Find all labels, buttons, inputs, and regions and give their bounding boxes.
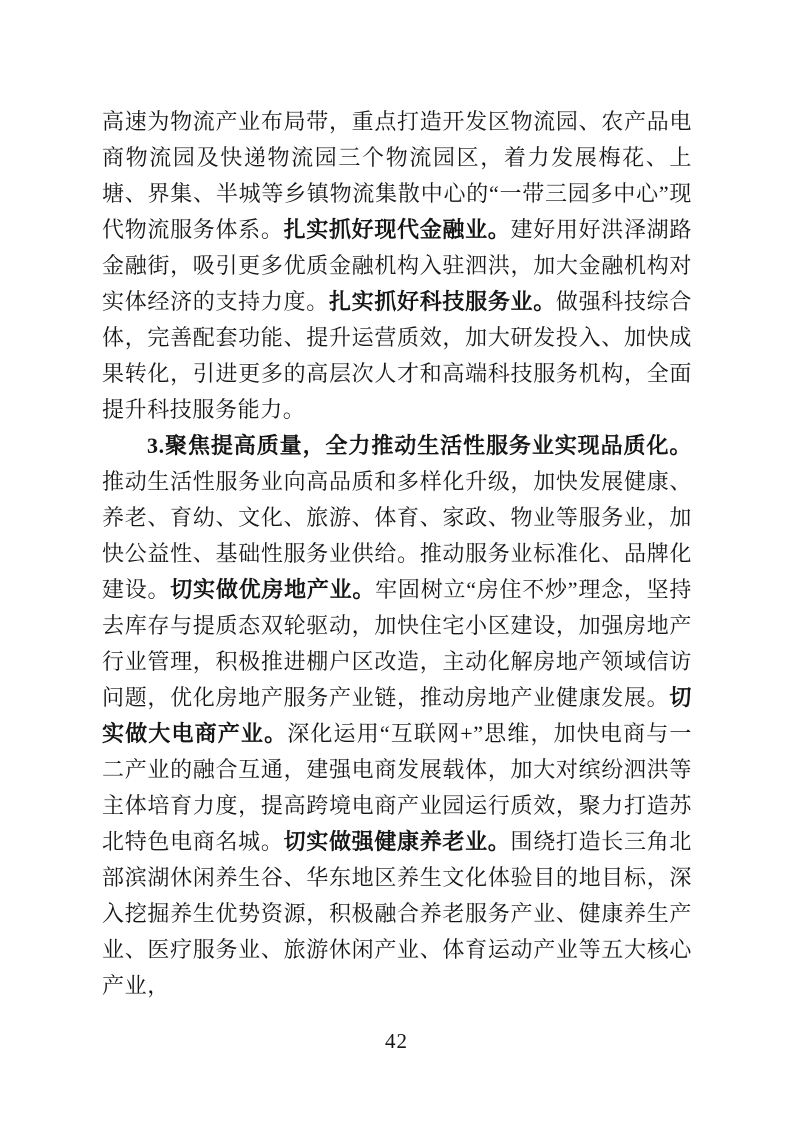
document-page: 高速为物流产业布局带，重点打造开发区物流园、农产品电商物流园及快递物流园三个物流…: [0, 0, 793, 1122]
emphasis-text: 扎实抓好现代金融业。: [284, 217, 511, 242]
page-number: 42: [0, 1029, 793, 1054]
emphasis-text: 3.聚焦提高质量，全力推动生活性服务业实现品质化。: [147, 433, 692, 458]
document-body: 高速为物流产业布局带，重点打造开发区物流园、农产品电商物流园及快递物流园三个物流…: [102, 104, 692, 1004]
emphasis-text: 切实做优房地产业。: [170, 577, 375, 602]
emphasis-text: 切实做强健康养老业。: [284, 829, 511, 854]
emphasis-text: 扎实抓好科技服务业。: [329, 289, 556, 314]
body-text: 围绕打造长三角北部滨湖休闲养生谷、华东地区养生文化体验目的地目标，深入挖掘养生优…: [102, 829, 692, 998]
paragraph: 高速为物流产业布局带，重点打造开发区物流园、农产品电商物流园及快递物流园三个物流…: [102, 104, 692, 428]
paragraph: 3.聚焦提高质量，全力推动生活性服务业实现品质化。推动生活性服务业向高品质和多样…: [102, 428, 692, 1004]
